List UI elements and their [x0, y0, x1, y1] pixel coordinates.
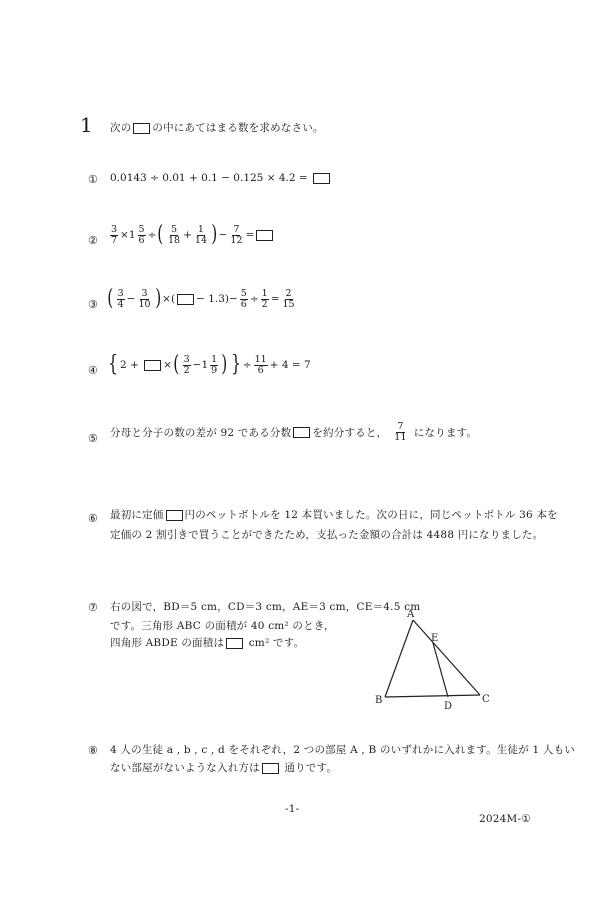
answer-box-3[interactable]	[177, 294, 194, 305]
question-7-line-3: 四角形 ABDE の面積は cm² です。	[110, 635, 304, 650]
answer-box-2[interactable]	[256, 230, 273, 241]
answer-box-7[interactable]	[226, 638, 243, 649]
question-8-label: ⑧	[88, 744, 98, 757]
answer-box-5[interactable]	[293, 427, 310, 438]
question-3-expression: (34−310)×(− 1.3)−56÷12=215	[106, 288, 298, 310]
question-4-expression: {2 + ×(32−119)}÷116+ 4 = 7	[106, 354, 311, 376]
section-number: 1	[80, 113, 93, 137]
question-2-label: ②	[88, 234, 98, 247]
side-bc	[385, 695, 480, 697]
point-label-e: E	[431, 633, 438, 644]
answer-box-sample	[133, 123, 150, 134]
question-1-label: ①	[88, 173, 98, 186]
point-label-b: B	[375, 695, 382, 706]
answer-box-8[interactable]	[262, 763, 279, 774]
question-3-label: ③	[88, 298, 98, 311]
question-2-expression: 37× 156÷(518+114)−712=	[108, 224, 275, 246]
answer-box-4[interactable]	[144, 360, 161, 371]
triangle-figure: A E B D C	[360, 600, 510, 715]
point-label-d: D	[444, 701, 452, 712]
exam-code: 2024M-①	[479, 813, 531, 825]
side-ab	[385, 620, 413, 697]
question-5-text: 分母と分子の数の差が 92 である分数を約分すると，711になります。	[110, 422, 477, 443]
question-8-line-2: ない部屋がないような入れ方は 通りです。	[110, 760, 337, 775]
section-instruction: 次のの中にあてはまる数を求めなさい。	[110, 120, 324, 135]
question-6-line-1: 最初に定価円のペットボトルを 12 本買いました。次の日に，同じペットボトル 3…	[110, 507, 558, 522]
answer-box-6[interactable]	[166, 510, 183, 521]
question-1-expression: 0.0143 ÷ 0.01 + 0.1 − 0.125 × 4.2 =	[110, 172, 332, 184]
question-7-line-2: です。三角形 ABC の面積が 40 cm² のとき，	[110, 618, 335, 633]
question-4-label: ④	[88, 364, 98, 377]
question-5-label: ⑤	[88, 432, 98, 445]
question-7-label: ⑦	[88, 601, 98, 614]
question-6-label: ⑥	[88, 512, 98, 525]
side-ac	[413, 620, 480, 695]
question-6-line-2: 定価の 2 割引きで買うことができたため，支払った金額の合計は 4488 円にな…	[110, 527, 543, 542]
point-label-a: A	[406, 609, 415, 620]
page-number: -1-	[285, 803, 299, 815]
answer-box-1[interactable]	[313, 173, 330, 184]
question-8-line-1: 4 人の生徒 a , b , c , d をそれぞれ，2 つの部屋 A , B …	[110, 742, 575, 757]
point-label-c: C	[482, 694, 490, 705]
